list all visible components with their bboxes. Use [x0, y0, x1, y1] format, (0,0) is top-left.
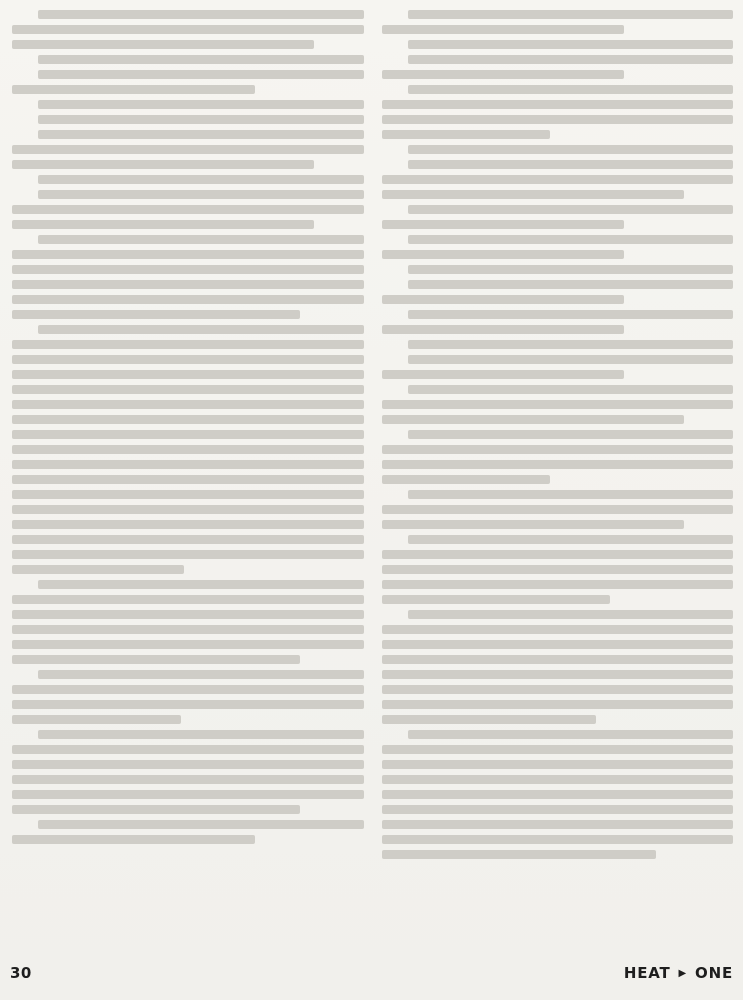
text-line-placeholder [382, 505, 734, 514]
text-line-placeholder [12, 415, 364, 424]
text-line-placeholder [38, 175, 364, 184]
text-line-placeholder [382, 415, 684, 424]
text-line-placeholder [382, 130, 551, 139]
text-line-placeholder [382, 700, 734, 709]
text-line-placeholder [12, 220, 314, 229]
text-line-placeholder [408, 490, 734, 499]
paragraph-placeholder [12, 325, 364, 574]
paragraph-placeholder [382, 265, 734, 274]
paragraph-placeholder [382, 85, 734, 139]
text-line-placeholder [382, 655, 734, 664]
text-line-placeholder [408, 310, 734, 319]
paragraph-placeholder [12, 130, 364, 169]
text-line-placeholder [38, 55, 364, 64]
text-line-placeholder [408, 85, 734, 94]
text-line-placeholder [38, 730, 364, 739]
paragraph-placeholder [12, 100, 364, 109]
text-line-placeholder [382, 250, 625, 259]
issue-label: ONE [695, 964, 733, 982]
paragraph-placeholder [382, 490, 734, 529]
text-line-placeholder [382, 100, 734, 109]
text-line-placeholder [382, 820, 734, 829]
paragraph-placeholder [12, 190, 364, 229]
text-line-placeholder [12, 280, 364, 289]
text-line-placeholder [38, 10, 364, 19]
paragraph-placeholder [12, 670, 364, 724]
text-line-placeholder [382, 670, 734, 679]
text-line-placeholder [382, 70, 625, 79]
text-line-placeholder [12, 625, 364, 634]
text-line-placeholder [382, 640, 734, 649]
text-line-placeholder [408, 430, 734, 439]
paragraph-placeholder [382, 145, 734, 154]
paragraph-placeholder [382, 340, 734, 349]
paragraph-placeholder [382, 430, 734, 484]
text-line-placeholder [12, 430, 364, 439]
page-number: 30 [10, 964, 32, 982]
paragraph-placeholder [382, 10, 734, 34]
text-line-placeholder [12, 565, 184, 574]
text-line-placeholder [408, 265, 734, 274]
triangle-right-icon: ▶ [679, 968, 688, 979]
text-line-placeholder [38, 130, 364, 139]
magazine-page: 30 HEAT ▶ ONE [0, 0, 743, 1000]
paragraph-placeholder [12, 820, 364, 844]
paragraph-placeholder [12, 730, 364, 814]
text-line-placeholder [408, 610, 734, 619]
text-line-placeholder [382, 595, 610, 604]
text-line-placeholder [382, 325, 625, 334]
text-line-placeholder [38, 100, 364, 109]
text-line-placeholder [382, 565, 734, 574]
paragraph-placeholder [382, 40, 734, 49]
text-line-placeholder [382, 580, 734, 589]
paragraph-placeholder [382, 55, 734, 79]
text-line-placeholder [12, 685, 364, 694]
text-line-placeholder [408, 355, 734, 364]
paragraph-placeholder [382, 730, 734, 859]
text-line-placeholder [382, 220, 625, 229]
text-line-placeholder [12, 535, 364, 544]
paragraph-placeholder [12, 70, 364, 94]
text-line-placeholder [12, 595, 364, 604]
paragraph-placeholder [382, 385, 734, 424]
text-line-placeholder [12, 460, 364, 469]
text-line-placeholder [12, 610, 364, 619]
text-line-placeholder [408, 145, 734, 154]
paragraph-placeholder [12, 175, 364, 184]
paragraph-placeholder [12, 235, 364, 319]
text-line-placeholder [12, 85, 255, 94]
text-line-placeholder [382, 175, 734, 184]
text-line-placeholder [12, 505, 364, 514]
text-line-placeholder [38, 190, 364, 199]
text-line-placeholder [12, 265, 364, 274]
text-line-placeholder [38, 580, 364, 589]
text-line-placeholder [12, 700, 364, 709]
text-line-placeholder [38, 820, 364, 829]
text-line-placeholder [408, 40, 734, 49]
text-line-placeholder [382, 790, 734, 799]
magazine-name: HEAT [624, 964, 671, 982]
text-line-placeholder [12, 550, 364, 559]
text-line-placeholder [12, 520, 364, 529]
paragraph-placeholder [12, 10, 364, 49]
text-line-placeholder [382, 760, 734, 769]
text-line-placeholder [382, 460, 734, 469]
text-line-placeholder [382, 775, 734, 784]
text-line-placeholder [382, 685, 734, 694]
paragraph-placeholder [12, 115, 364, 124]
paragraph-placeholder [12, 580, 364, 664]
text-line-placeholder [382, 835, 734, 844]
text-line-placeholder [38, 115, 364, 124]
text-line-placeholder [408, 160, 734, 169]
text-line-placeholder [12, 805, 300, 814]
text-line-placeholder [38, 670, 364, 679]
text-columns [12, 4, 733, 944]
text-line-placeholder [12, 385, 364, 394]
text-line-placeholder [12, 40, 314, 49]
text-line-placeholder [12, 745, 364, 754]
text-line-placeholder [382, 745, 734, 754]
text-line-placeholder [408, 55, 734, 64]
text-line-placeholder [12, 445, 364, 454]
text-line-placeholder [382, 445, 734, 454]
text-line-placeholder [12, 250, 364, 259]
text-line-placeholder [382, 475, 551, 484]
text-line-placeholder [12, 370, 364, 379]
magazine-folio: HEAT ▶ ONE [624, 964, 733, 982]
text-line-placeholder [12, 475, 364, 484]
text-line-placeholder [382, 370, 625, 379]
text-line-placeholder [12, 145, 364, 154]
text-line-placeholder [382, 850, 656, 859]
text-line-placeholder [408, 235, 734, 244]
text-line-placeholder [408, 340, 734, 349]
paragraph-placeholder [382, 610, 734, 724]
column-left [12, 4, 364, 944]
text-line-placeholder [382, 805, 734, 814]
text-line-placeholder [38, 70, 364, 79]
text-line-placeholder [12, 355, 364, 364]
text-line-placeholder [408, 280, 734, 289]
text-line-placeholder [38, 325, 364, 334]
paragraph-placeholder [382, 235, 734, 259]
paragraph-placeholder [382, 205, 734, 229]
text-line-placeholder [12, 310, 300, 319]
text-line-placeholder [382, 190, 684, 199]
text-line-placeholder [408, 535, 734, 544]
column-right [382, 4, 734, 944]
paragraph-placeholder [382, 160, 734, 199]
text-line-placeholder [12, 655, 300, 664]
text-line-placeholder [38, 235, 364, 244]
text-line-placeholder [408, 385, 734, 394]
text-line-placeholder [12, 490, 364, 499]
text-line-placeholder [382, 400, 734, 409]
paragraph-placeholder [382, 310, 734, 334]
text-line-placeholder [382, 115, 734, 124]
text-line-placeholder [12, 205, 364, 214]
text-line-placeholder [12, 790, 364, 799]
text-line-placeholder [408, 10, 734, 19]
text-line-placeholder [382, 715, 596, 724]
text-line-placeholder [12, 640, 364, 649]
text-line-placeholder [382, 25, 625, 34]
text-line-placeholder [12, 400, 364, 409]
text-line-placeholder [382, 550, 734, 559]
text-line-placeholder [382, 295, 625, 304]
text-line-placeholder [12, 25, 364, 34]
text-line-placeholder [12, 835, 255, 844]
text-line-placeholder [12, 340, 364, 349]
text-line-placeholder [382, 625, 734, 634]
text-line-placeholder [12, 160, 314, 169]
paragraph-placeholder [12, 55, 364, 64]
paragraph-placeholder [382, 535, 734, 604]
paragraph-placeholder [382, 280, 734, 304]
paragraph-placeholder [382, 355, 734, 379]
text-line-placeholder [12, 295, 364, 304]
text-line-placeholder [408, 205, 734, 214]
text-line-placeholder [408, 730, 734, 739]
text-line-placeholder [382, 520, 684, 529]
text-line-placeholder [12, 715, 181, 724]
text-line-placeholder [12, 775, 364, 784]
text-line-placeholder [12, 760, 364, 769]
